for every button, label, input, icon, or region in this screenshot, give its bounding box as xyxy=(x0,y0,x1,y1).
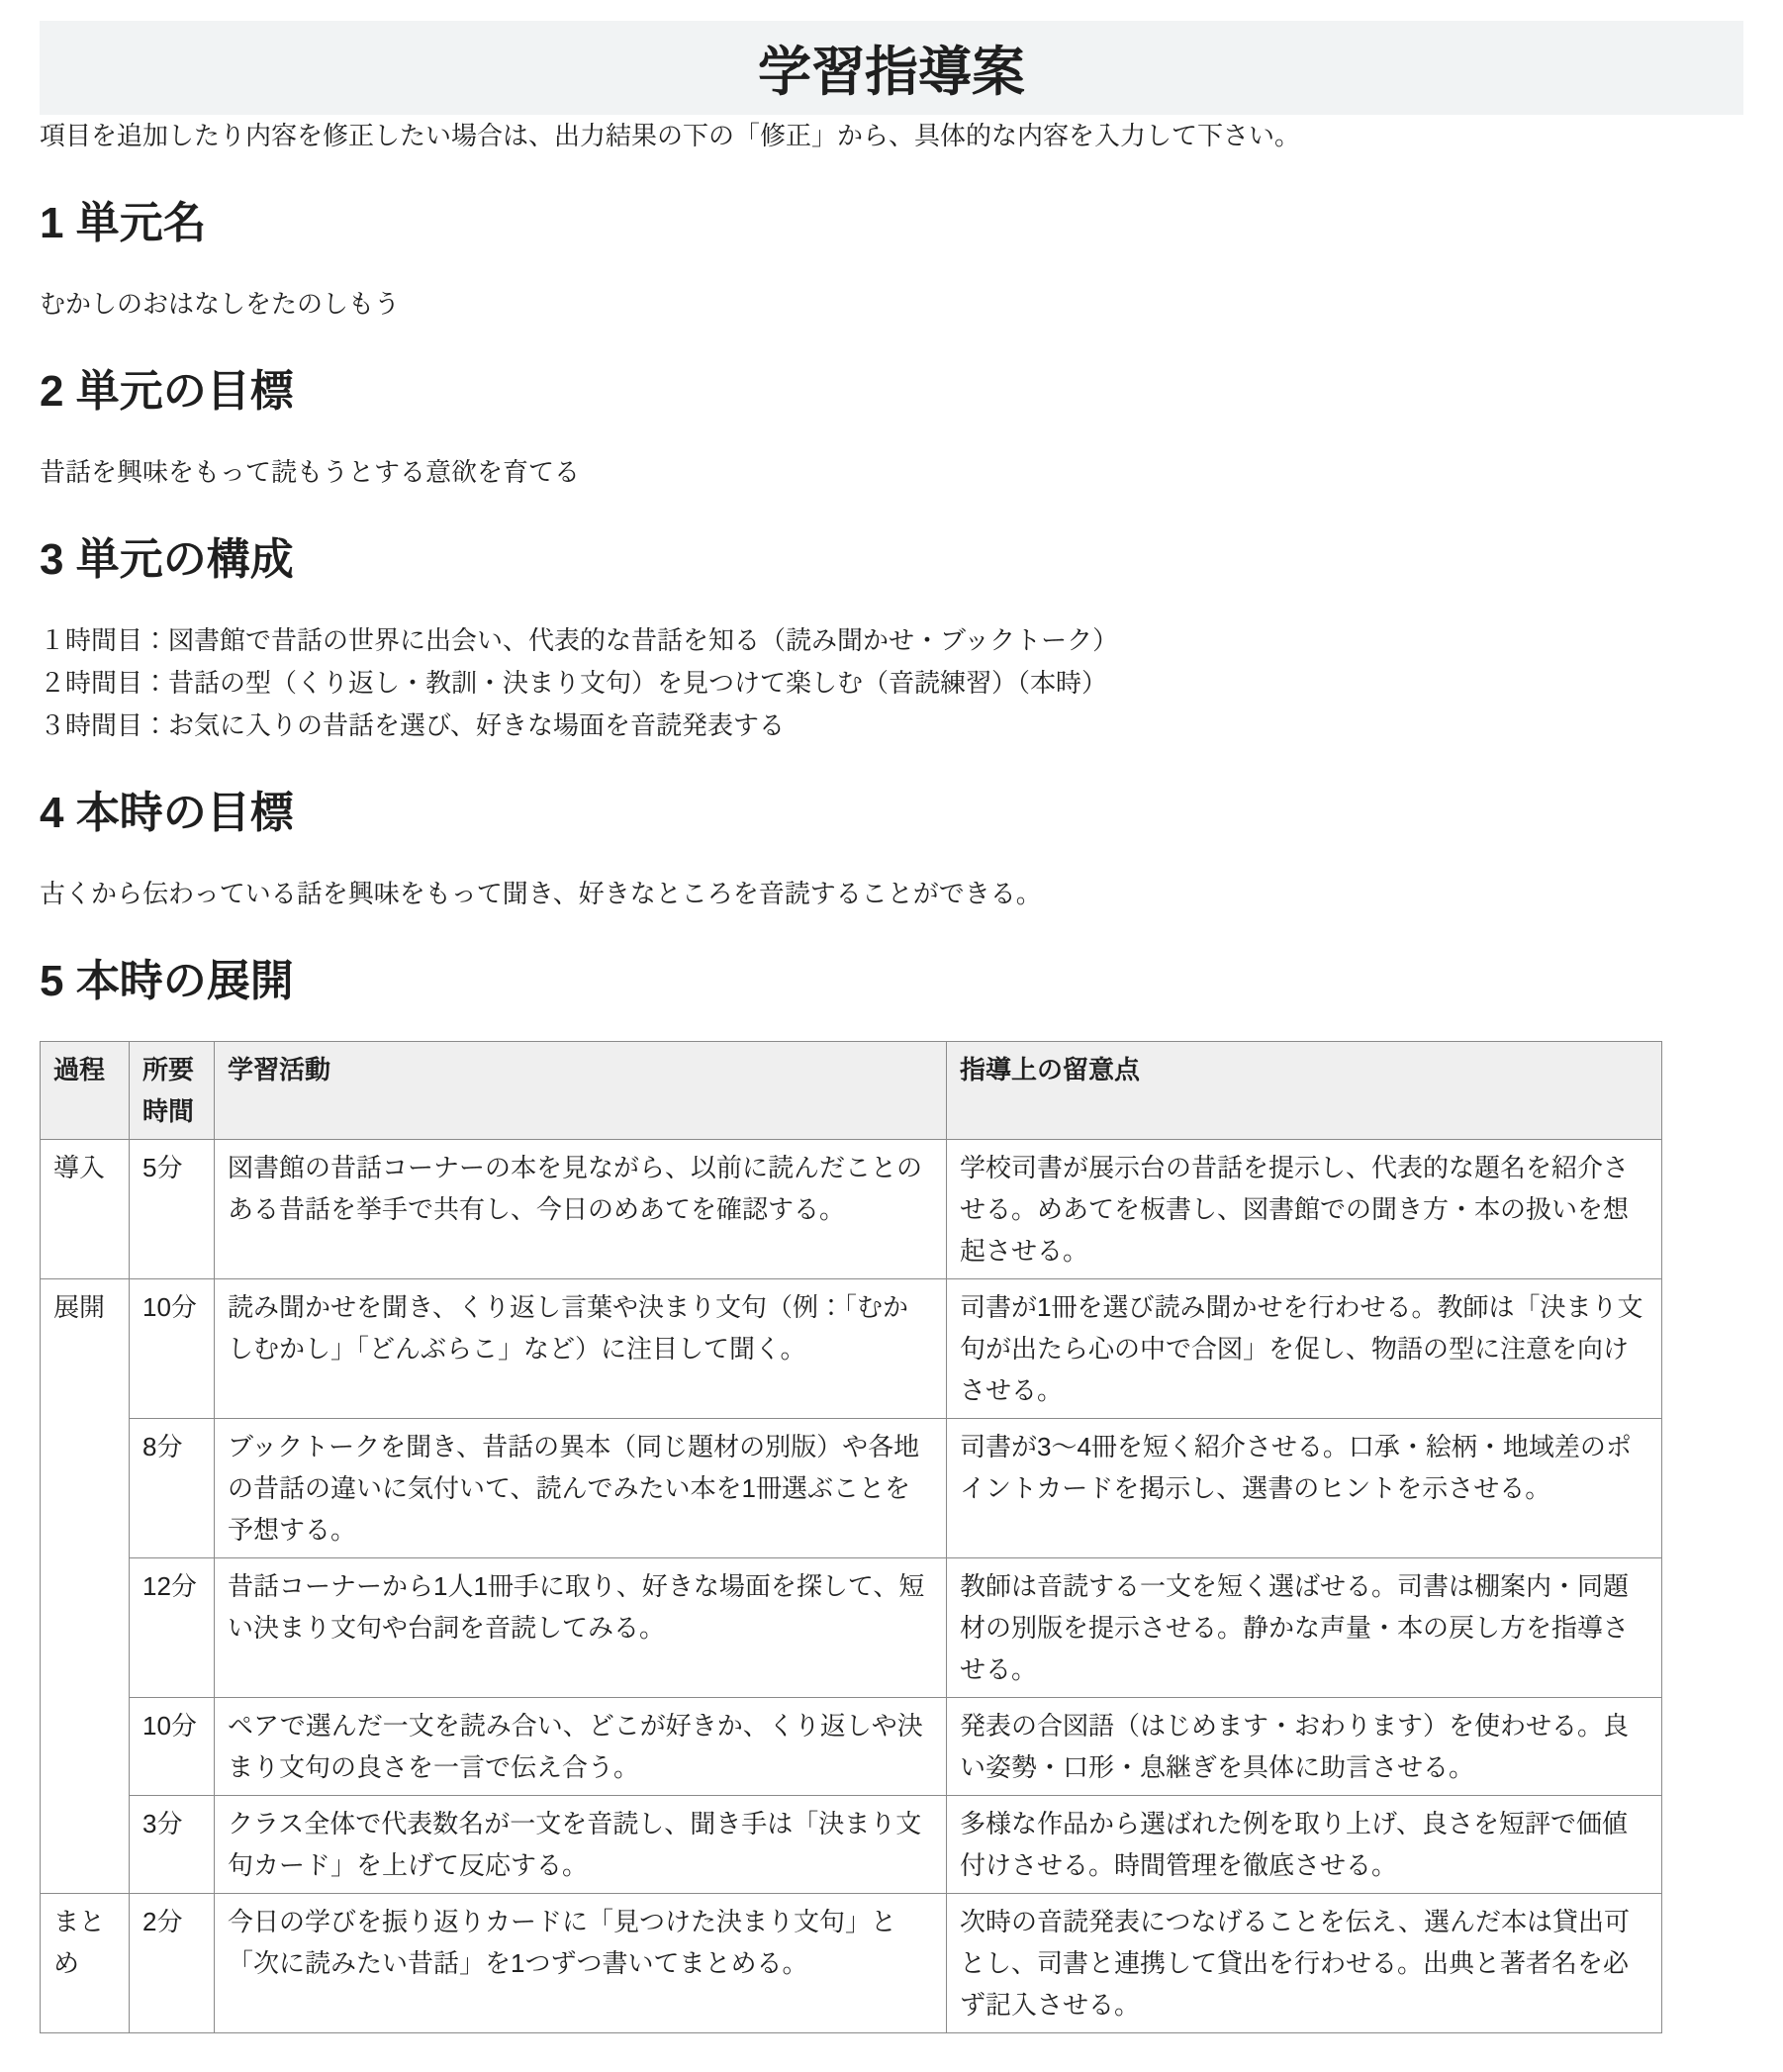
process-cell: 導入 xyxy=(41,1140,130,1279)
page-title: 学習指導案 xyxy=(758,30,1025,106)
process-cell: 展開 xyxy=(41,1279,130,1894)
time-cell: 10分 xyxy=(130,1279,215,1419)
note-cell: 次時の音読発表につなげることを伝え、選んだ本は貸出可とし、司書と連携して貸出を行… xyxy=(947,1894,1662,2033)
activity-cell: クラス全体で代表数名が一文を音読し、聞き手は「決まり文句カード」を上げて反応する… xyxy=(215,1796,947,1894)
section-4-body: 古くから伝わっている話を興味をもって聞き、好きなところを音読することができる。 xyxy=(40,873,1743,915)
title-banner: 学習指導案 xyxy=(40,21,1743,115)
activity-cell: 今日の学びを振り返りカードに「見つけた決まり文句」と「次に読みたい昔話」を1つず… xyxy=(215,1894,947,2033)
col-header-time: 所要時間 xyxy=(130,1042,215,1140)
table-row-develop-4: 10分 ペアで選んだ一文を読み合い、どこが好きか、くり返しや決まり文句の良さを一… xyxy=(41,1698,1662,1796)
section-1-heading: 1 単元名 xyxy=(40,197,1743,249)
section-2-body: 昔話を興味をもって読もうとする意欲を育てる xyxy=(40,451,1743,494)
table-row-summary: まとめ 2分 今日の学びを振り返りカードに「見つけた決まり文句」と「次に読みたい… xyxy=(41,1894,1662,2033)
time-cell: 3分 xyxy=(130,1796,215,1894)
time-cell: 2分 xyxy=(130,1894,215,2033)
unit-plan-line-1: １時間目：図書館で昔話の世界に出会い、代表的な昔話を知る（読み聞かせ・ブックトー… xyxy=(40,619,1743,662)
time-cell: 12分 xyxy=(130,1558,215,1698)
page-content: 学習指導案 項目を追加したり内容を修正したい場合は、出力結果の下の「修正」から、… xyxy=(0,21,1783,2043)
table-header-row: 過程 所要時間 学習活動 指導上の留意点 xyxy=(41,1042,1662,1140)
table-row-develop-3: 12分 昔話コーナーから1人1冊手に取り、好きな場面を探して、短い決まり文句や台… xyxy=(41,1558,1662,1698)
activity-cell: 読み聞かせを聞き、くり返し言葉や決まり文句（例：「むかしむかし」「どんぶらこ」な… xyxy=(215,1279,947,1419)
activity-cell: ブックトークを聞き、昔話の異本（同じ題材の別版）や各地の昔話の違いに気付いて、読… xyxy=(215,1419,947,1558)
process-cell: まとめ xyxy=(41,1894,130,2033)
col-header-process: 過程 xyxy=(41,1042,130,1140)
lesson-plan-table: 過程 所要時間 学習活動 指導上の留意点 導入 5分 図書館の昔話コーナーの本を… xyxy=(40,1041,1662,2033)
col-header-note: 指導上の留意点 xyxy=(947,1042,1662,1140)
note-cell: 司書が3〜4冊を短く紹介させる。口承・絵柄・地域差のポイントカードを掲示し、選書… xyxy=(947,1419,1662,1558)
note-cell: 学校司書が展示台の昔話を提示し、代表的な題名を紹介させる。めあてを板書し、図書館… xyxy=(947,1140,1662,1279)
table-row-develop-5: 3分 クラス全体で代表数名が一文を音読し、聞き手は「決まり文句カード」を上げて反… xyxy=(41,1796,1662,1894)
activity-cell: 昔話コーナーから1人1冊手に取り、好きな場面を探して、短い決まり文句や台詞を音読… xyxy=(215,1558,947,1698)
section-1-body: むかしのおはなしをたのしもう xyxy=(40,283,1743,326)
time-cell: 8分 xyxy=(130,1419,215,1558)
section-3-body: １時間目：図書館で昔話の世界に出会い、代表的な昔話を知る（読み聞かせ・ブックトー… xyxy=(40,619,1743,747)
note-cell: 司書が1冊を選び読み聞かせを行わせる。教師は「決まり文句が出たら心の中で合図」を… xyxy=(947,1279,1662,1419)
section-3-heading: 3 単元の構成 xyxy=(40,533,1743,586)
note-cell: 教師は音読する一文を短く選ばせる。司書は棚案内・同題材の別版を提示させる。静かな… xyxy=(947,1558,1662,1698)
unit-plan-line-2: ２時間目：昔話の型（くり返し・教訓・決まり文句）を見つけて楽しむ（音読練習）（本… xyxy=(40,662,1743,705)
activity-cell: 図書館の昔話コーナーの本を見ながら、以前に読んだことのある昔話を挙手で共有し、今… xyxy=(215,1140,947,1279)
section-5-heading: 5 本時の展開 xyxy=(40,955,1743,1007)
intro-text: 項目を追加したり内容を修正したい場合は、出力結果の下の「修正」から、具体的な内容… xyxy=(40,115,1743,157)
col-header-activity: 学習活動 xyxy=(215,1042,947,1140)
table-row-develop-2: 8分 ブックトークを聞き、昔話の異本（同じ題材の別版）や各地の昔話の違いに気付い… xyxy=(41,1419,1662,1558)
note-cell: 多様な作品から選ばれた例を取り上げ、良さを短評で価値付けさせる。時間管理を徹底さ… xyxy=(947,1796,1662,1894)
unit-plan-line-3: ３時間目：お気に入りの昔話を選び、好きな場面を音読発表する xyxy=(40,705,1743,747)
table-row-develop-1: 展開 10分 読み聞かせを聞き、くり返し言葉や決まり文句（例：「むかしむかし」「… xyxy=(41,1279,1662,1419)
time-cell: 10分 xyxy=(130,1698,215,1796)
section-4-heading: 4 本時の目標 xyxy=(40,787,1743,839)
time-cell: 5分 xyxy=(130,1140,215,1279)
section-2-heading: 2 単元の目標 xyxy=(40,365,1743,418)
note-cell: 発表の合図語（はじめます・おわります）を使わせる。良い姿勢・口形・息継ぎを具体に… xyxy=(947,1698,1662,1796)
table-row-intro: 導入 5分 図書館の昔話コーナーの本を見ながら、以前に読んだことのある昔話を挙手… xyxy=(41,1140,1662,1279)
activity-cell: ペアで選んだ一文を読み合い、どこが好きか、くり返しや決まり文句の良さを一言で伝え… xyxy=(215,1698,947,1796)
